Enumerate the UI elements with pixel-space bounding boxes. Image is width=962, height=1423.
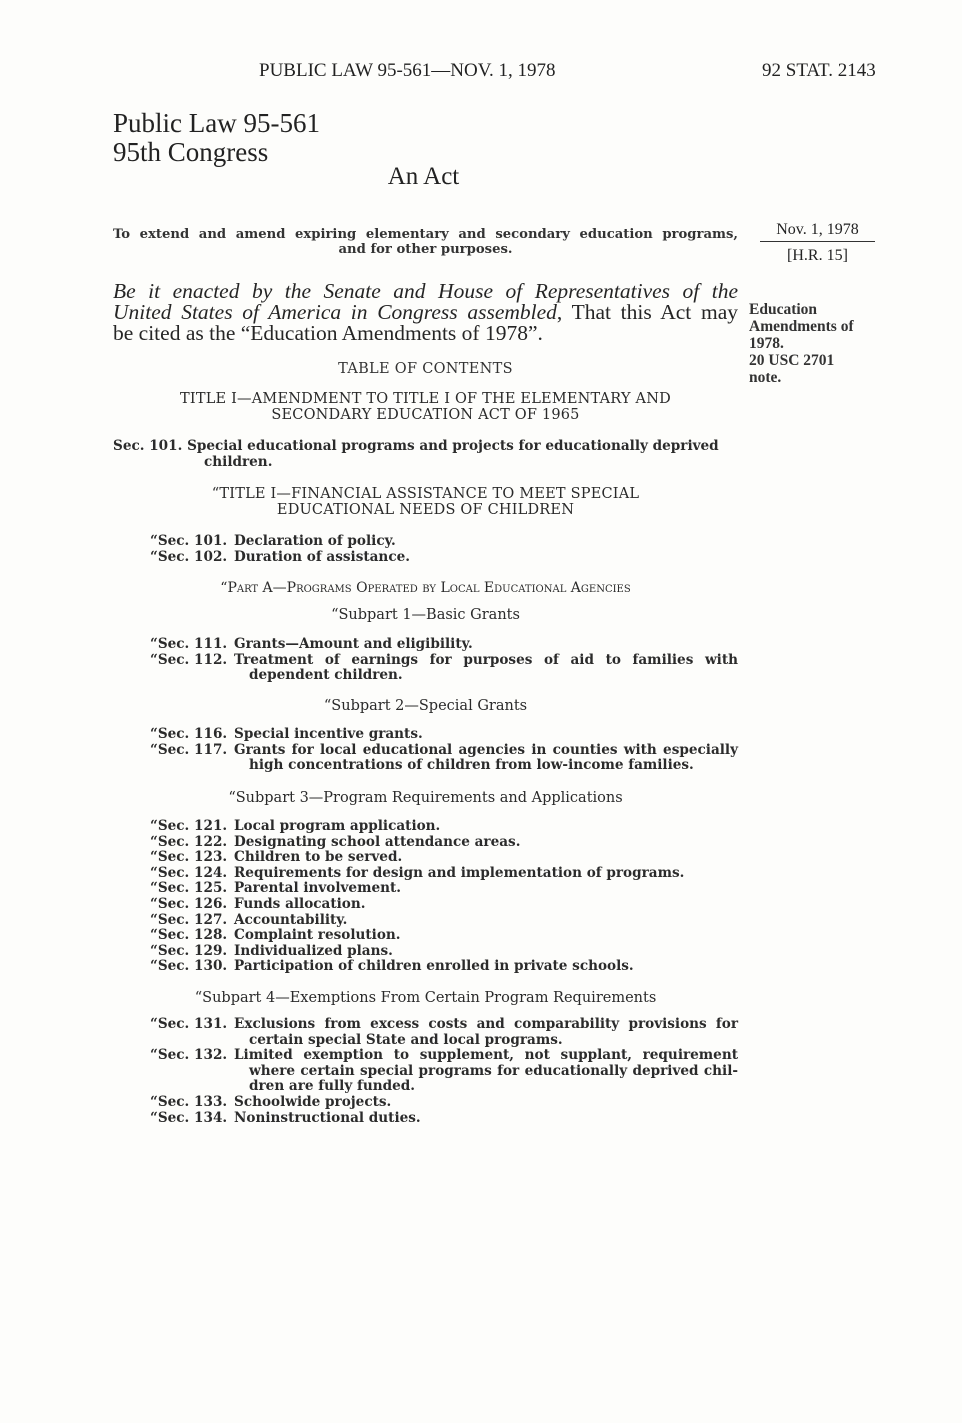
- toc-entry: “Sec. 102.Duration of assistance.: [150, 550, 738, 566]
- inner-title-heading: “TITLE I—FINANCIAL ASSISTANCE TO MEET SP…: [113, 486, 738, 518]
- margin-date: Nov. 1, 1978: [760, 221, 875, 242]
- toc-entry: “Sec. 112.Treatment of earnings for purp…: [150, 653, 738, 684]
- subpart-2-sections: “Sec. 116.Special incentive grants. “Sec…: [150, 727, 738, 774]
- subpart-2-heading: “Subpart 2—Special Grants: [113, 698, 738, 714]
- running-header-center: PUBLIC LAW 95-561—NOV. 1, 1978: [259, 60, 556, 82]
- part-a-heading: “Part A—Programs Operated by Local Educa…: [113, 580, 738, 596]
- public-law-number: Public Law 95-561: [113, 108, 320, 139]
- toc-entry: “Sec. 128.Complaint resolution.: [150, 928, 738, 944]
- enacting-line-3: be cited as the “Education Amendments of…: [113, 323, 738, 344]
- subpart-4-heading: “Subpart 4—Exemptions From Certain Progr…: [113, 990, 738, 1006]
- document-page: PUBLIC LAW 95-561—NOV. 1, 1978 92 STAT. …: [0, 0, 962, 1423]
- subpart-3-heading: “Subpart 3—Program Requirements and Appl…: [113, 790, 738, 806]
- toc-entry: “Sec. 116.Special incentive grants.: [150, 727, 738, 743]
- toc-entry: “Sec. 132.Limited exemption to supplemen…: [150, 1048, 738, 1095]
- enacting-clause: Be it enacted by the Senate and House of…: [113, 281, 738, 344]
- toc-entry: “Sec. 131.Exclusions from excess costs a…: [150, 1017, 738, 1048]
- toc-entry: “Sec. 130.Participation of children enro…: [150, 959, 738, 975]
- enacting-line-1: Be it enacted by the Senate and House of…: [113, 281, 738, 302]
- margin-note: Education Amendments of 1978. 20 USC 270…: [749, 301, 854, 386]
- toc-entry: “Sec. 126.Funds allocation.: [150, 897, 738, 913]
- toc-entry: “Sec. 125.Parental involvement.: [150, 881, 738, 897]
- toc-entry: “Sec. 122.Designating school attendance …: [150, 835, 738, 851]
- toc-entry: “Sec. 111.Grants—Amount and eligibility.: [150, 637, 738, 653]
- toc-entry-sec-101: Sec. 101. Special educational programs a…: [113, 439, 738, 470]
- toc-entry: “Sec. 133.Schoolwide projects.: [150, 1095, 738, 1111]
- purpose-line-2: and for other purposes.: [113, 242, 738, 257]
- subpart-1-heading: “Subpart 1—Basic Grants: [113, 607, 738, 623]
- subpart-3-sections: “Sec. 121.Local program application. “Se…: [150, 819, 738, 975]
- toc-heading: TABLE OF CONTENTS: [113, 361, 738, 377]
- toc-entry: “Sec. 101.Declaration of policy.: [150, 534, 738, 550]
- toc-entry: “Sec. 127.Accountability.: [150, 913, 738, 929]
- general-sections: “Sec. 101.Declaration of policy. “Sec. 1…: [150, 534, 738, 565]
- running-header-page: 92 STAT. 2143: [762, 60, 876, 82]
- title-1-heading: TITLE I—AMENDMENT TO TITLE I OF THE ELEM…: [113, 391, 738, 423]
- purpose-clause: To extend and amend expiring elementary …: [113, 227, 738, 257]
- enacting-line-2: United States of America in Congress ass…: [113, 302, 738, 323]
- toc-entry: “Sec. 134.Noninstructional duties.: [150, 1111, 738, 1127]
- toc-entry: “Sec. 121.Local program application.: [150, 819, 738, 835]
- toc-entry: “Sec. 117.Grants for local educational a…: [150, 743, 738, 774]
- toc-entry: “Sec. 129.Individualized plans.: [150, 944, 738, 960]
- margin-date-block: Nov. 1, 1978 [H.R. 15]: [760, 221, 875, 265]
- toc-entry: “Sec. 124.Requirements for design and im…: [150, 866, 738, 882]
- subpart-4-sections: “Sec. 131.Exclusions from excess costs a…: [150, 1017, 738, 1126]
- purpose-line-1: To extend and amend expiring elementary …: [113, 227, 738, 242]
- toc-entry: “Sec. 123.Children to be served.: [150, 850, 738, 866]
- subpart-1-sections: “Sec. 111.Grants—Amount and eligibility.…: [150, 637, 738, 684]
- act-heading: An Act: [0, 163, 847, 191]
- margin-bill-number: [H.R. 15]: [760, 242, 875, 265]
